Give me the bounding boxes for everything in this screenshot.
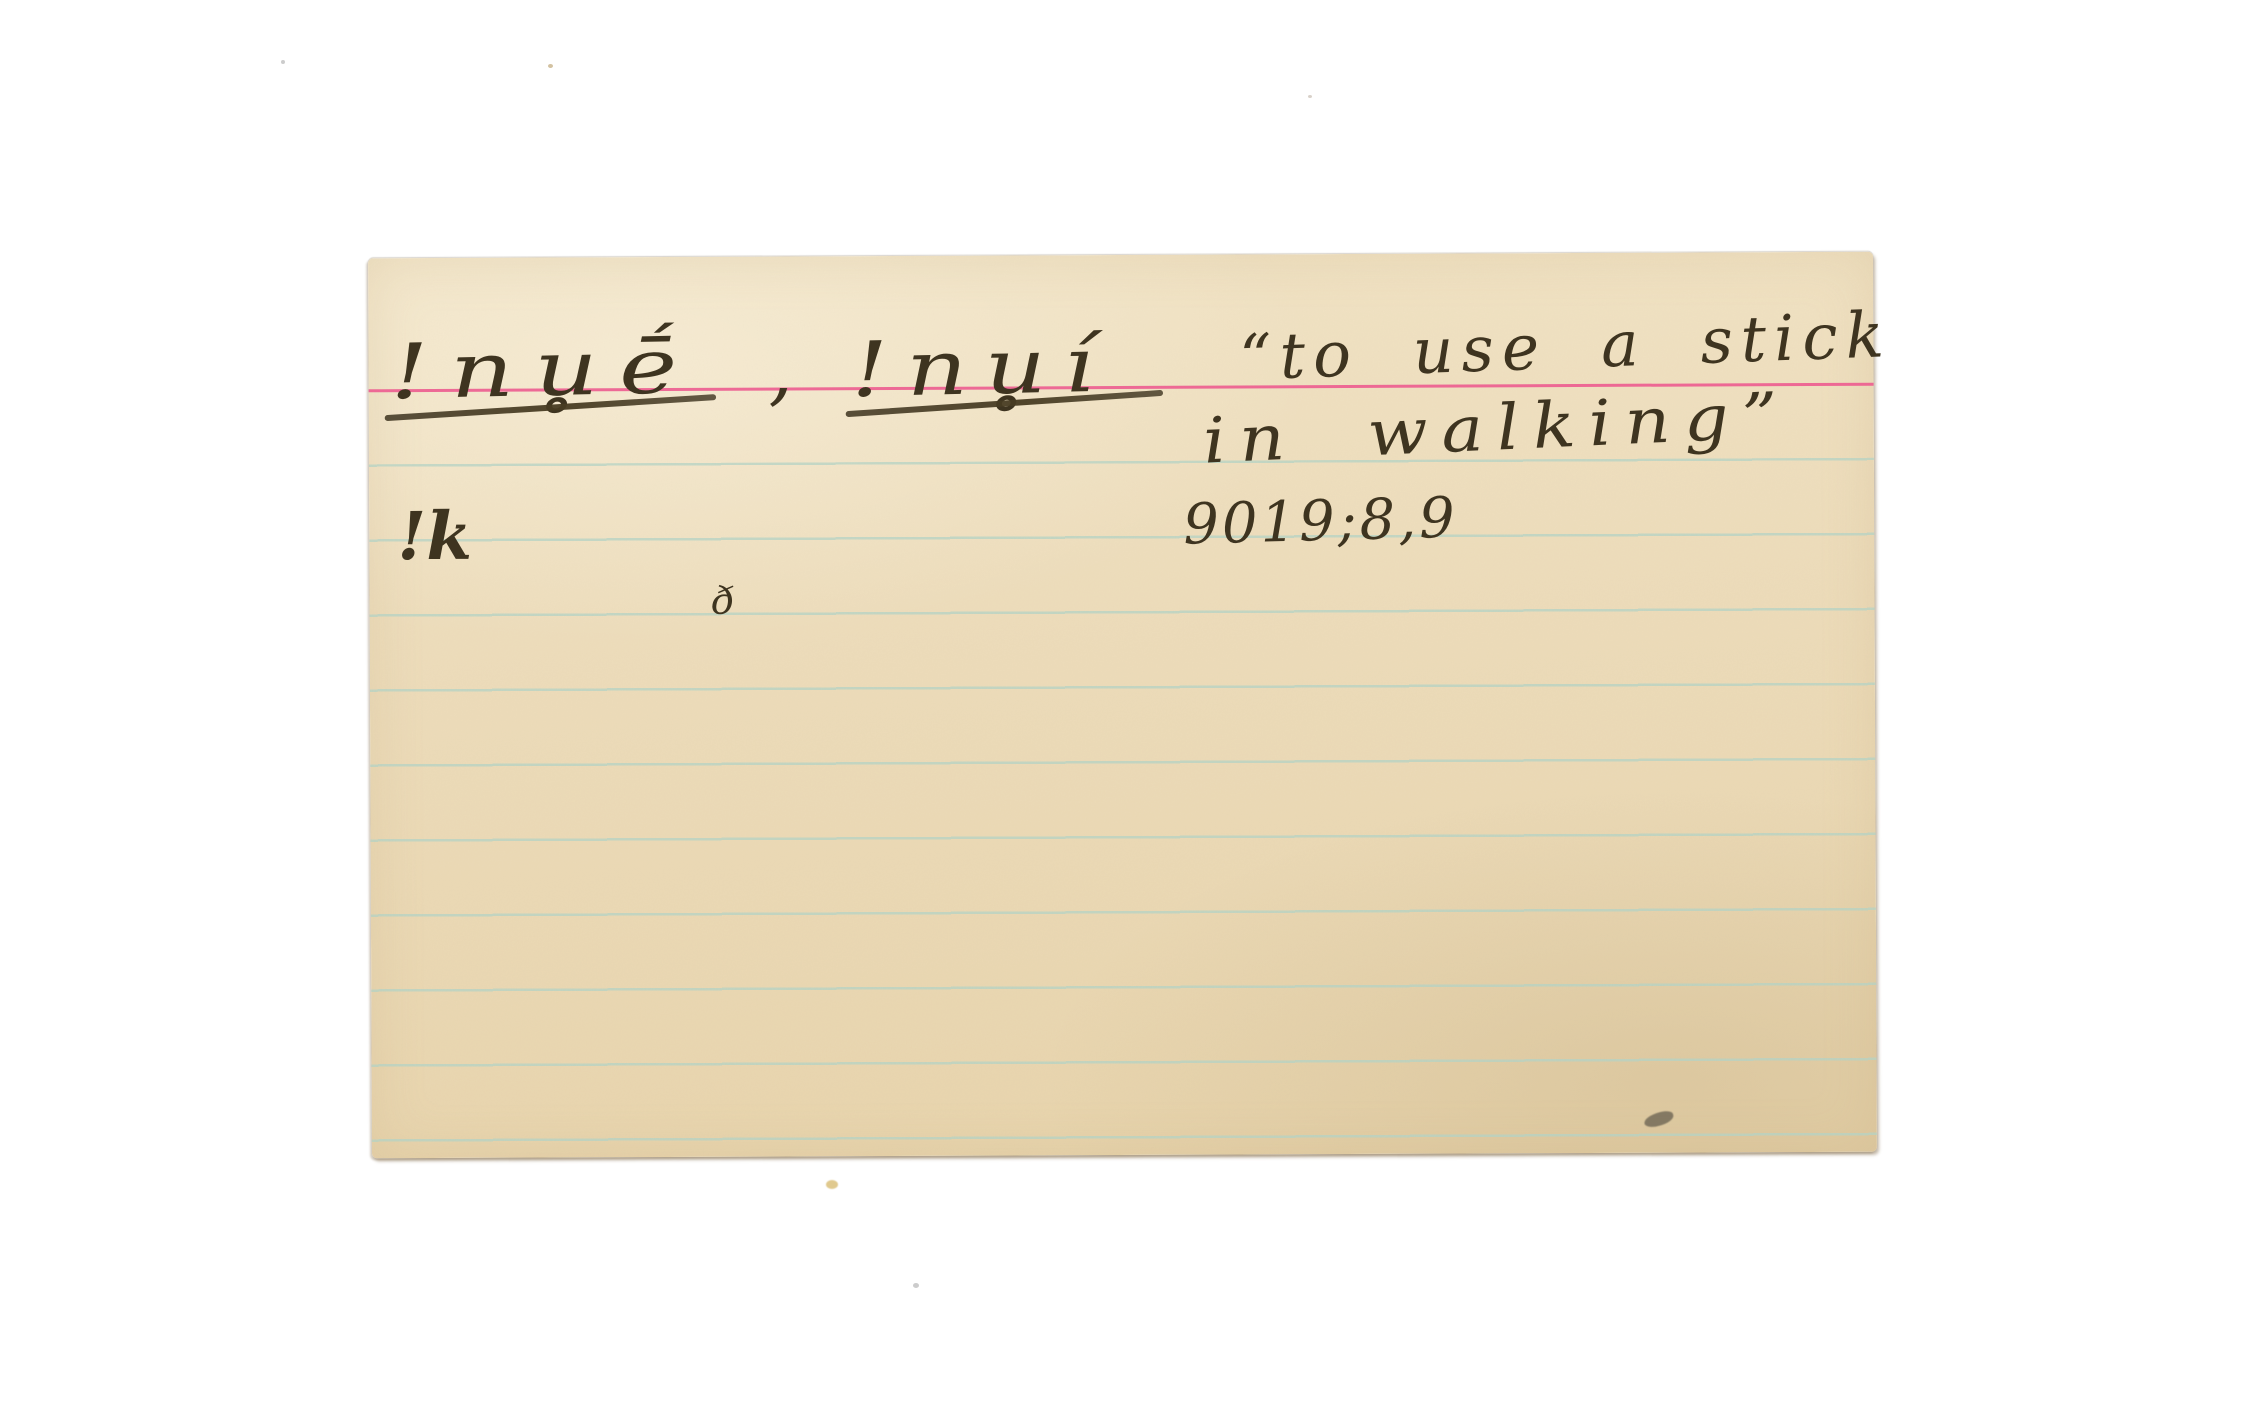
dust-speck [1308,95,1312,98]
reference-number: 9019;8,9 [1183,491,1459,554]
card-ruled-lines [369,458,1877,1155]
dust-speck [548,64,553,68]
dust-speck [826,1180,838,1189]
margin-note: !k [397,503,472,569]
dust-speck [281,60,285,64]
gloss-line-1: “to use a stick [1238,303,1892,389]
index-card: !nu̥ḗ , !nu̥í “to use a stick in walking… [368,252,1877,1159]
stray-mark: ð [711,582,734,620]
dust-speck [913,1283,919,1288]
headword-separator: , [768,332,793,408]
scan-background: !nu̥ḗ , !nu̥í “to use a stick in walking… [0,0,2248,1402]
